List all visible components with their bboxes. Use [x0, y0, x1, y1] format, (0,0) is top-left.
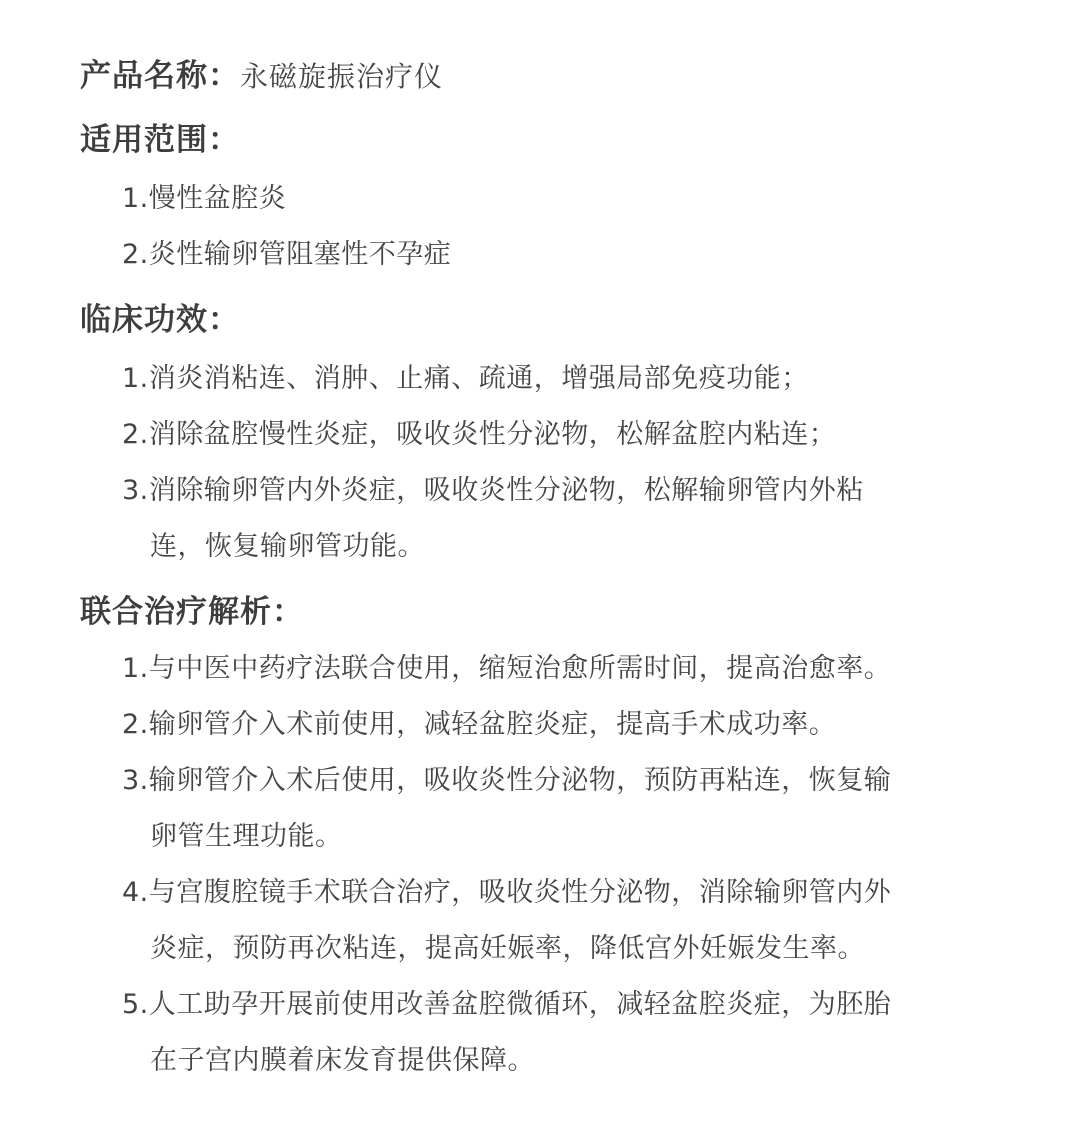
efficacy-item: 2.消除盆腔慢性炎症，吸收炎性分泌物，松解盆腔内粘连；: [122, 412, 836, 451]
efficacy-item-continued: 连，恢复输卵管功能。: [150, 524, 425, 563]
combined-item-continued: 炎症，预防再次粘连，提高妊娠率，降低宫外妊娠发生率。: [150, 926, 865, 965]
scope-item: 1.慢性盆腔炎: [122, 176, 286, 215]
efficacy-heading: 临床功效：: [80, 294, 240, 339]
combined-item-continued: 卵管生理功能。: [150, 814, 343, 853]
efficacy-item: 3.消除输卵管内外炎症，吸收炎性分泌物，松解输卵管内外粘: [122, 468, 864, 507]
scope-heading: 适用范围：: [80, 114, 240, 159]
combined-item-continued: 在子宫内膜着床发育提供保障。: [150, 1038, 535, 1077]
combined-heading: 联合治疗解析：: [80, 586, 304, 631]
product-name-value: 永磁旋振治疗仪: [240, 60, 443, 93]
product-name-row: 产品名称：永磁旋振治疗仪: [80, 50, 443, 95]
product-name-label: 产品名称：: [80, 58, 240, 94]
combined-item: 5.人工助孕开展前使用改善盆腔微循环，减轻盆腔炎症，为胚胎: [122, 982, 891, 1021]
scope-item: 2.炎性输卵管阻塞性不孕症: [122, 232, 451, 271]
combined-item: 3.输卵管介入术后使用，吸收炎性分泌物，预防再粘连，恢复输: [122, 758, 891, 797]
combined-item: 1.与中医中药疗法联合使用，缩短治愈所需时间，提高治愈率。: [122, 646, 891, 685]
combined-item: 2.输卵管介入术前使用，减轻盆腔炎症，提高手术成功率。: [122, 702, 836, 741]
combined-item: 4.与宫腹腔镜手术联合治疗，吸收炎性分泌物，消除输卵管内外: [122, 870, 891, 909]
efficacy-item: 1.消炎消粘连、消肿、止痛、疏通，增强局部免疫功能；: [122, 356, 809, 395]
